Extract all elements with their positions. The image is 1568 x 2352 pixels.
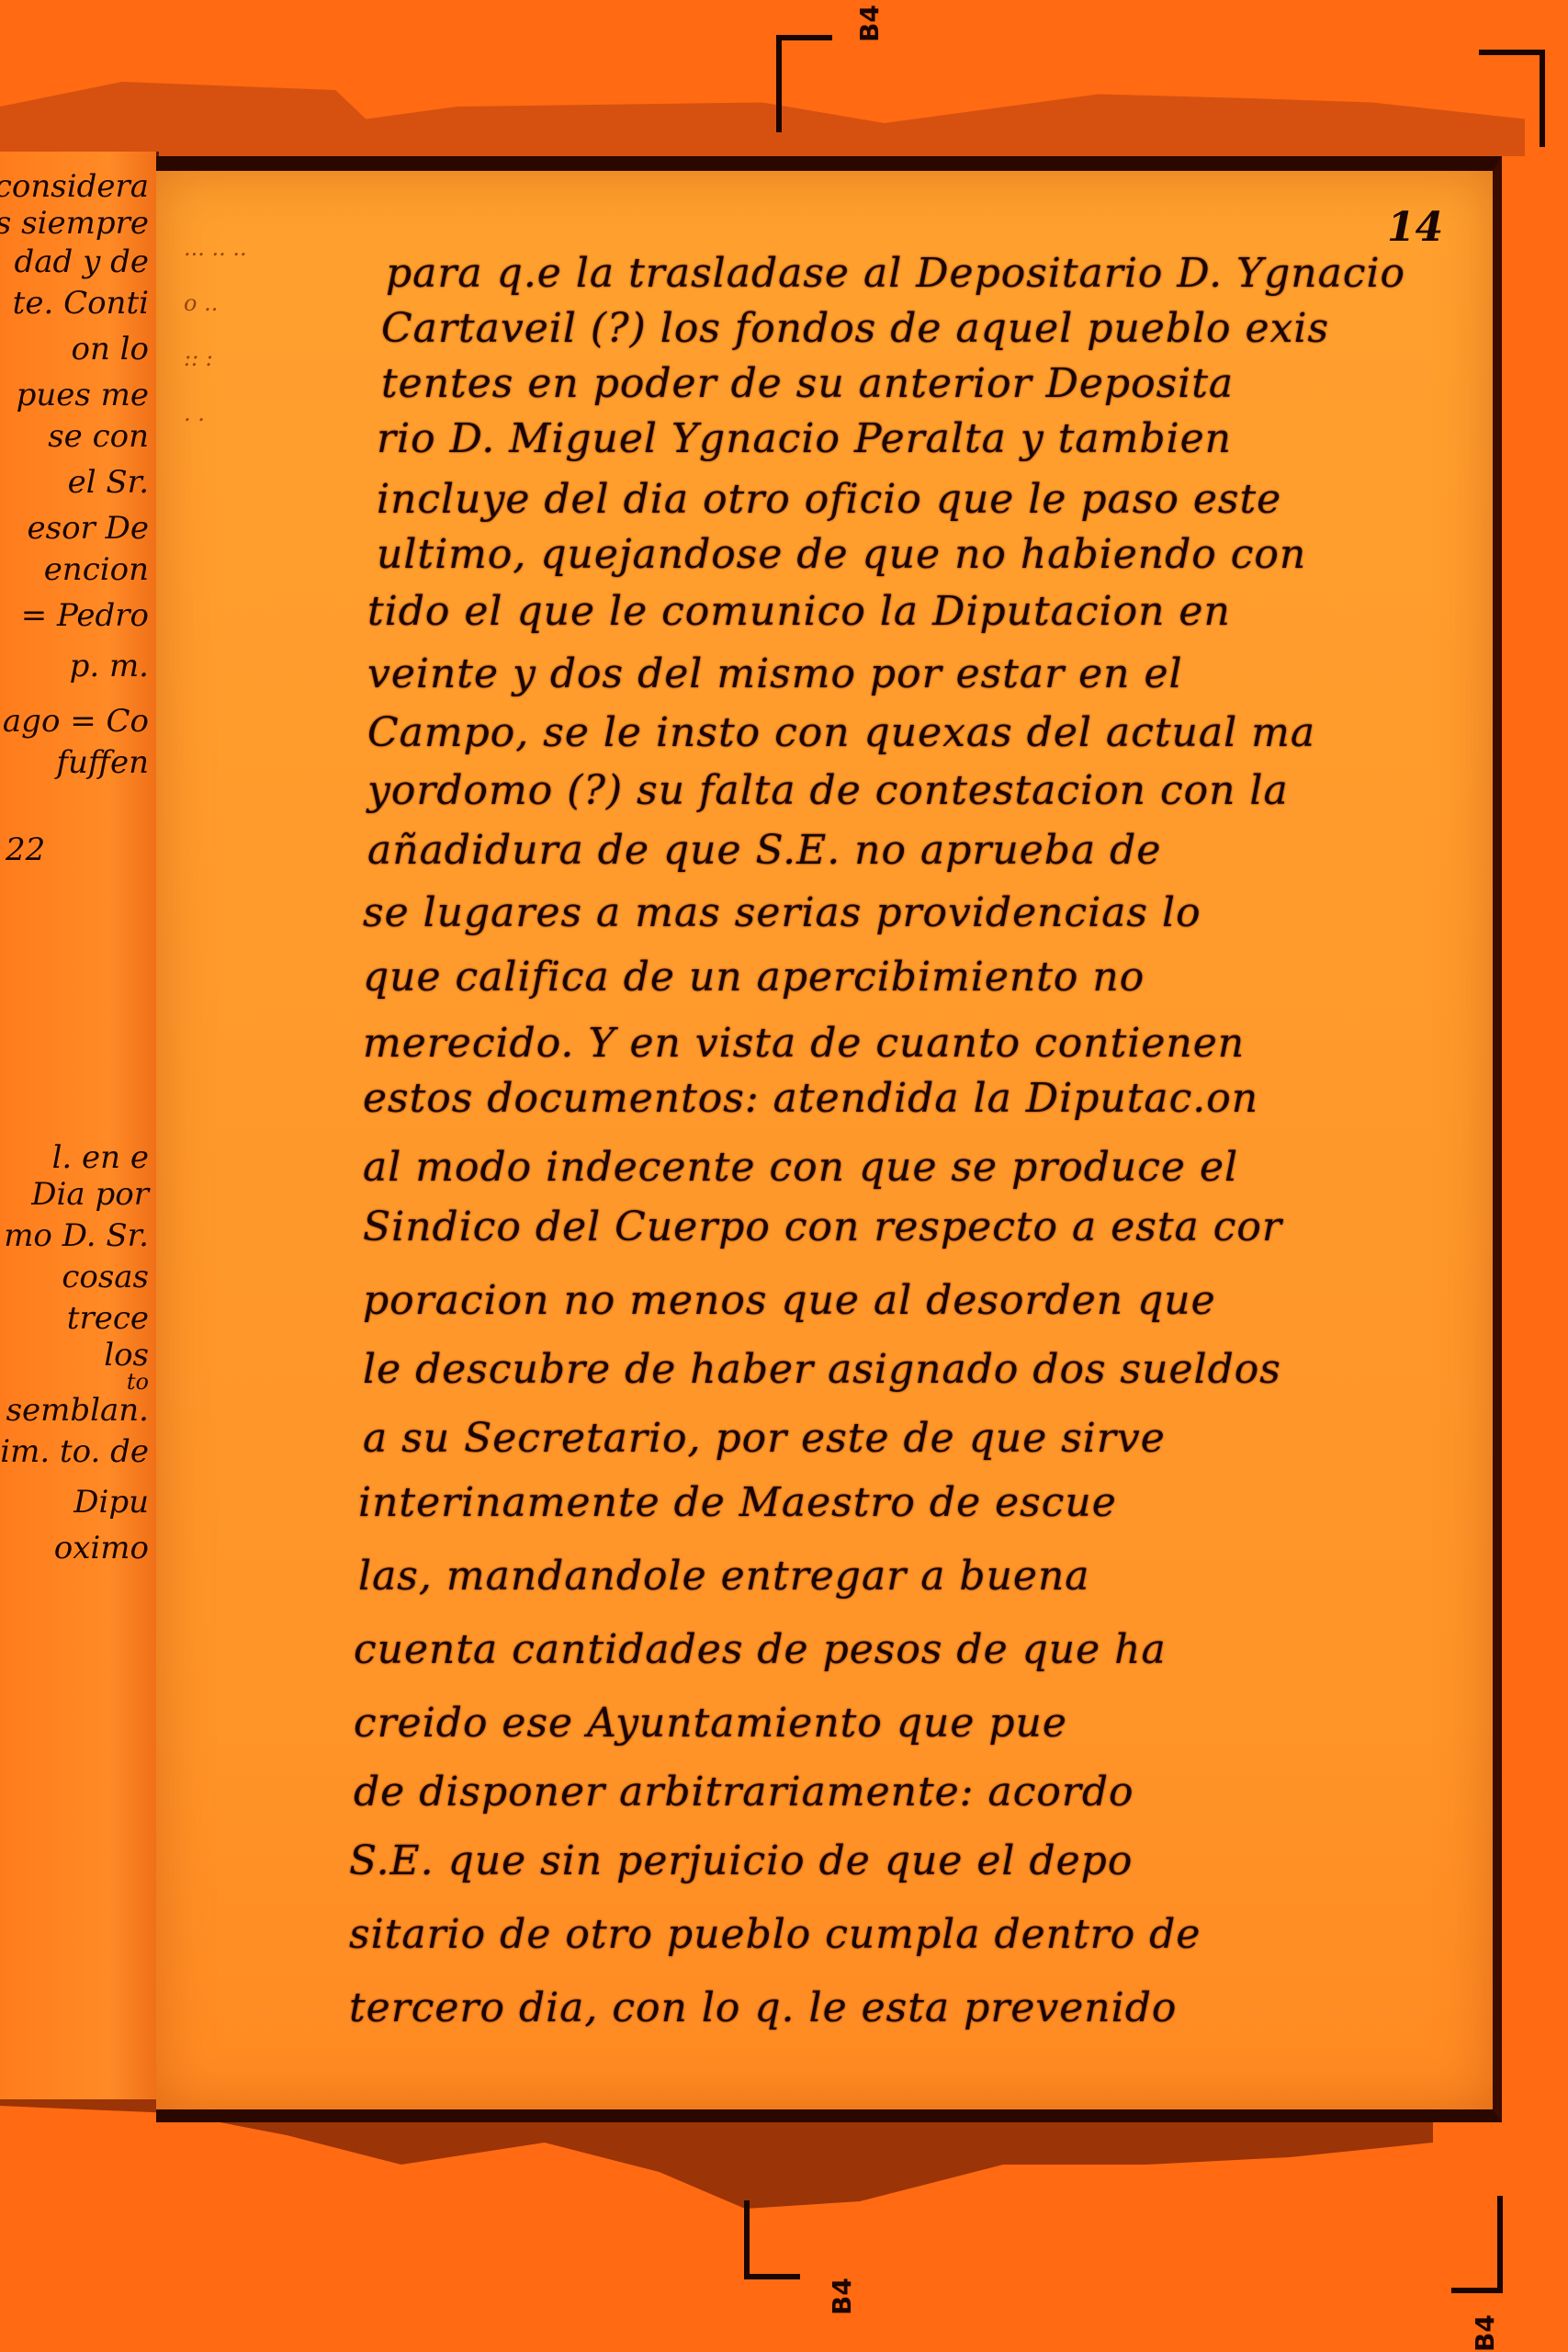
left-fragment: fuffen xyxy=(56,744,149,781)
text-line: para q.e la trasladase al Depositario D.… xyxy=(386,250,1405,297)
left-fragment: cosas xyxy=(62,1259,149,1295)
margin-scribble: ... .. .. xyxy=(184,220,367,276)
text-line: tido el que le comunico la Diputacion en xyxy=(367,588,1231,635)
text-line: creido ese Ayuntamiento que pue xyxy=(354,1700,1067,1747)
crop-mark-top-left xyxy=(776,35,832,132)
text-line: rio D. Miguel Ygnacio Peralta y tambien xyxy=(377,415,1232,462)
left-fragment: l. en e xyxy=(52,1139,149,1176)
text-line: añadidura de que S.E. no aprueba de xyxy=(367,827,1161,874)
left-fragment: on lo xyxy=(71,331,149,367)
left-fragment: encion xyxy=(44,551,149,588)
text-line: incluye del dia otro oficio que le paso … xyxy=(377,476,1281,523)
left-fragment: semblan. xyxy=(6,1392,149,1429)
left-fragment: e considera xyxy=(0,168,149,205)
text-line: las, mandandole entregar a buena xyxy=(358,1553,1090,1600)
crop-mark-bottom-left xyxy=(744,2200,800,2279)
text-line: de disponer arbitrariamente: acordo xyxy=(354,1769,1134,1815)
left-fragment: = Pedro xyxy=(21,597,149,634)
text-line: a su Secretario, por este de que sirve xyxy=(363,1415,1166,1462)
text-line: tentes en poder de su anterior Deposita xyxy=(381,360,1234,407)
left-fragment: Dia por xyxy=(31,1176,149,1213)
left-fragment: to xyxy=(127,1369,149,1395)
text-line: Sindico del Cuerpo con respecto a esta c… xyxy=(363,1204,1282,1250)
text-line: yordomo (?) su falta de contestacion con… xyxy=(367,767,1289,814)
left-fragment: Dipu xyxy=(73,1484,149,1521)
left-fragment: p. m. xyxy=(70,648,149,684)
crop-mark-top-right xyxy=(1479,50,1545,147)
text-line: le descubre de haber asignado dos sueldo… xyxy=(363,1346,1281,1393)
left-fragment: Sim. to. de xyxy=(0,1433,149,1470)
left-fragment: los xyxy=(104,1337,149,1374)
margin-scribbles: ... .. .. o .. :: : . . xyxy=(184,220,367,606)
folio-number: 14 xyxy=(1387,204,1443,251)
left-fragment: dad y de xyxy=(14,243,149,280)
left-fragment: te. Conti xyxy=(13,285,149,322)
text-line: cuenta cantidades de pesos de que ha xyxy=(354,1626,1167,1673)
left-fragment: ago = Co xyxy=(3,703,149,740)
text-line: poracion no menos que al desorden que xyxy=(363,1277,1216,1324)
left-fragment: 22 xyxy=(6,831,45,868)
crop-label-bottom: B4 xyxy=(827,2278,857,2315)
crop-label-top: B4 xyxy=(854,5,885,42)
text-line: Campo, se le insto con quexas del actual… xyxy=(367,709,1315,756)
text-line: tercero dia, con lo q. le esta prevenido xyxy=(349,1984,1177,2031)
left-fragment: pues me xyxy=(17,377,149,413)
left-fragment: el Sr. xyxy=(68,464,149,501)
background-shadow-top xyxy=(0,73,1525,156)
crop-label-bottom-right: B4 xyxy=(1470,2314,1500,2352)
text-line: al modo indecente con que se produce el xyxy=(363,1144,1238,1191)
margin-scribble: . . xyxy=(184,386,367,441)
left-facing-page: e considera mas siempre dad y de te. Con… xyxy=(0,152,159,2099)
text-line: estos documentos: atendida la Diputac.on xyxy=(363,1075,1258,1122)
margin-scribble: :: : xyxy=(184,331,367,386)
margin-scribble: o .. xyxy=(184,276,367,331)
text-line: merecido. Y en vista de cuanto contienen xyxy=(363,1020,1245,1067)
left-fragment: mas siempre xyxy=(0,205,149,242)
text-line: S.E. que sin perjuicio de que el depo xyxy=(349,1837,1133,1884)
text-line: se lugares a mas serias providencias lo xyxy=(363,889,1201,936)
left-fragment: se con xyxy=(48,418,149,455)
text-line: interinamente de Maestro de escue xyxy=(358,1479,1117,1526)
text-line: Cartaveil (?) los fondos de aquel pueblo… xyxy=(381,305,1329,352)
left-fragment: esor De xyxy=(28,510,149,547)
left-fragment: trece xyxy=(67,1300,149,1337)
text-line: ultimo, quejandose de que no habiendo co… xyxy=(377,531,1306,578)
left-fragment: mo D. Sr. xyxy=(4,1217,149,1254)
crop-mark-bottom-right xyxy=(1451,2196,1503,2293)
text-line: sitario de otro pueblo cumpla dentro de xyxy=(349,1911,1201,1958)
text-line: veinte y dos del mismo por estar en el xyxy=(367,650,1183,697)
text-line: que califica de un apercibimiento no xyxy=(363,954,1145,1001)
left-fragment: oximo xyxy=(54,1530,149,1566)
